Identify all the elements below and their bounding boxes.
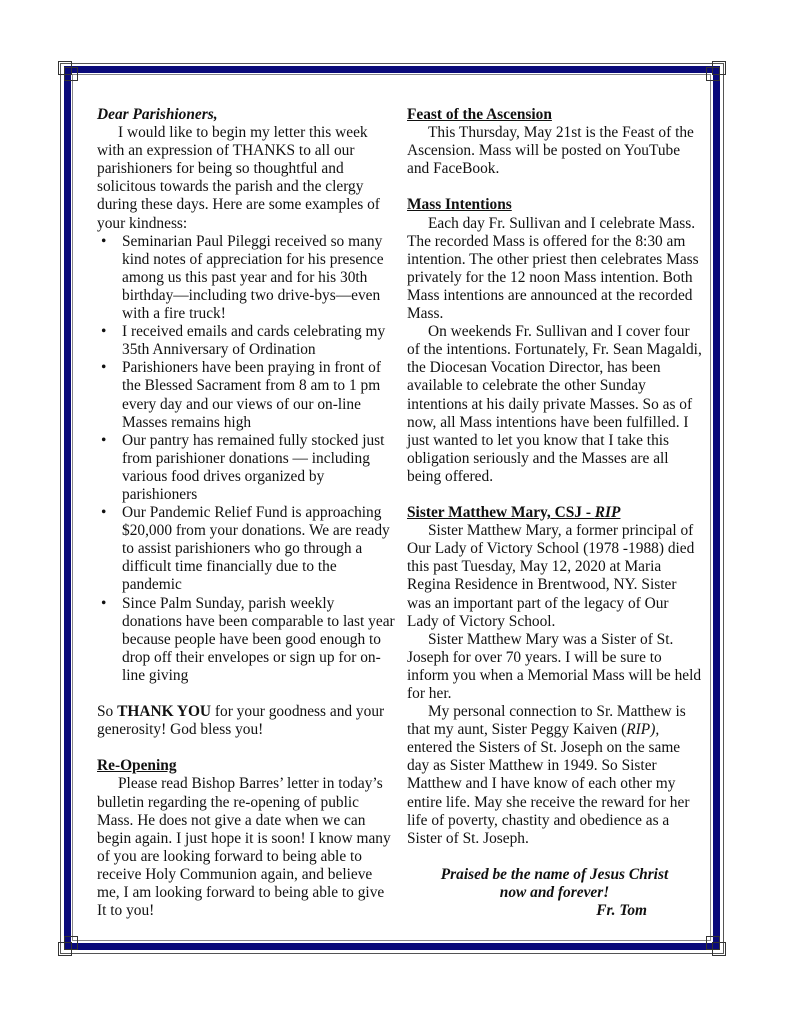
bullet-icon: • — [101, 233, 106, 251]
bullet-icon: • — [101, 595, 106, 613]
corner-ornament-bottom-left-inner — [64, 936, 78, 950]
mass-intentions-paragraph-2: On weekends Fr. Sullivan and I cover fou… — [407, 323, 702, 486]
section-heading-ascension: Feast of the Ascension — [407, 106, 702, 124]
bullet-icon: • — [101, 323, 106, 341]
list-item: •Since Palm Sunday, parish weekly donati… — [97, 595, 397, 685]
sister-paragraph-1: Sister Matthew Mary, a former principal … — [407, 522, 702, 631]
left-column: Dear Parishioners, I would like to begin… — [97, 106, 397, 920]
list-item: •I received emails and cards celebrating… — [97, 323, 397, 359]
sister-paragraph-2: Sister Matthew Mary was a Sister of St. … — [407, 631, 702, 703]
reopening-paragraph: Please read Bishop Barres’ letter in tod… — [97, 775, 397, 920]
ascension-paragraph: This Thursday, May 21st is the Feast of … — [407, 124, 702, 178]
kindness-list: •Seminarian Paul Pileggi received so man… — [97, 233, 397, 685]
section-heading-reopening: Re-Opening — [97, 757, 397, 775]
section-heading-mass-intentions: Mass Intentions — [407, 196, 702, 214]
sister-paragraph-3: My personal connection to Sr. Matthew is… — [407, 703, 702, 848]
signature: Fr. Tom — [407, 902, 702, 920]
section-heading-sister-matthew: Sister Matthew Mary, CSJ - RIP — [407, 504, 702, 522]
list-item: •Seminarian Paul Pileggi received so man… — [97, 233, 397, 323]
closing-line-1: Praised be the name of Jesus Christ — [407, 866, 702, 884]
right-column: Feast of the Ascension This Thursday, Ma… — [407, 106, 702, 920]
closing-line-2: now and forever! — [407, 884, 702, 902]
list-item: •Our pantry has remained fully stocked j… — [97, 432, 397, 504]
bullet-icon: • — [101, 432, 106, 450]
corner-ornament-top-right-inner — [706, 67, 720, 81]
list-item: •Parishioners have been praying in front… — [97, 359, 397, 431]
bullet-icon: • — [101, 359, 106, 377]
thanks-paragraph: So THANK YOU for your goodness and your … — [97, 703, 397, 739]
corner-ornament-top-left-inner — [64, 67, 78, 81]
bulletin-page: Dear Parishioners, I would like to begin… — [0, 0, 791, 1024]
salutation: Dear Parishioners, — [97, 106, 397, 124]
mass-intentions-paragraph-1: Each day Fr. Sullivan and I celebrate Ma… — [407, 215, 702, 324]
corner-ornament-bottom-right-inner — [706, 936, 720, 950]
intro-paragraph: I would like to begin my letter this wee… — [97, 124, 397, 233]
bullet-icon: • — [101, 504, 106, 522]
list-item: •Our Pandemic Relief Fund is approaching… — [97, 504, 397, 594]
